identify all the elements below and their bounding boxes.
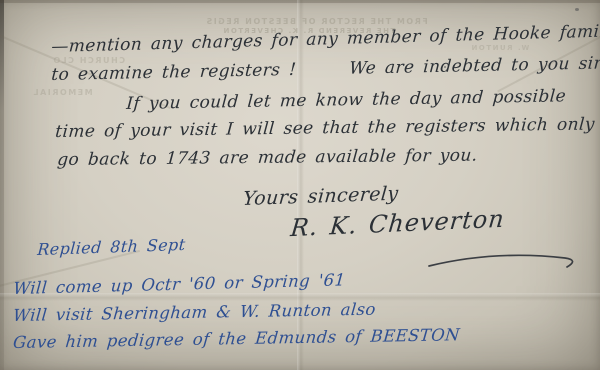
signature-flourish bbox=[425, 248, 585, 280]
signature: R. K. Cheverton bbox=[289, 205, 506, 242]
annotation-replied-date: Replied 8th Sept bbox=[37, 235, 187, 259]
paper-speck bbox=[575, 8, 579, 11]
letter-line-3: If you could let me know the day and pos… bbox=[126, 86, 567, 114]
paper-edge-shadow-top bbox=[0, 0, 600, 3]
letter-line-4: time of your visit I will see that the r… bbox=[55, 114, 596, 142]
annotation-pedigree-given: Gave him pedigree of the Edmunds of BEES… bbox=[12, 325, 460, 352]
letter-closing: Yours sincerely bbox=[242, 183, 399, 211]
letter-photo: FROM THE RECTOR OF BEESTON REGIS THE REV… bbox=[0, 0, 600, 370]
bleedthrough-letterhead-line1: FROM THE RECTOR OF BEESTON REGIS bbox=[205, 17, 428, 26]
letter-line-2: to examine the registers ! We are indebt… bbox=[51, 53, 600, 85]
bleedthrough-fragment: W. RUNTON bbox=[470, 44, 529, 52]
bleedthrough-fragment: MEMORIAL bbox=[32, 88, 93, 97]
paper-edge-shadow-left bbox=[0, 0, 4, 370]
letter-line-5: go back to 1743 are made available for y… bbox=[56, 146, 478, 170]
annotation-visit-places: Will visit Sheringham & W. Runton also bbox=[12, 300, 376, 325]
annotation-visit-timing: Will come up Octr '60 or Spring '61 bbox=[13, 270, 347, 298]
